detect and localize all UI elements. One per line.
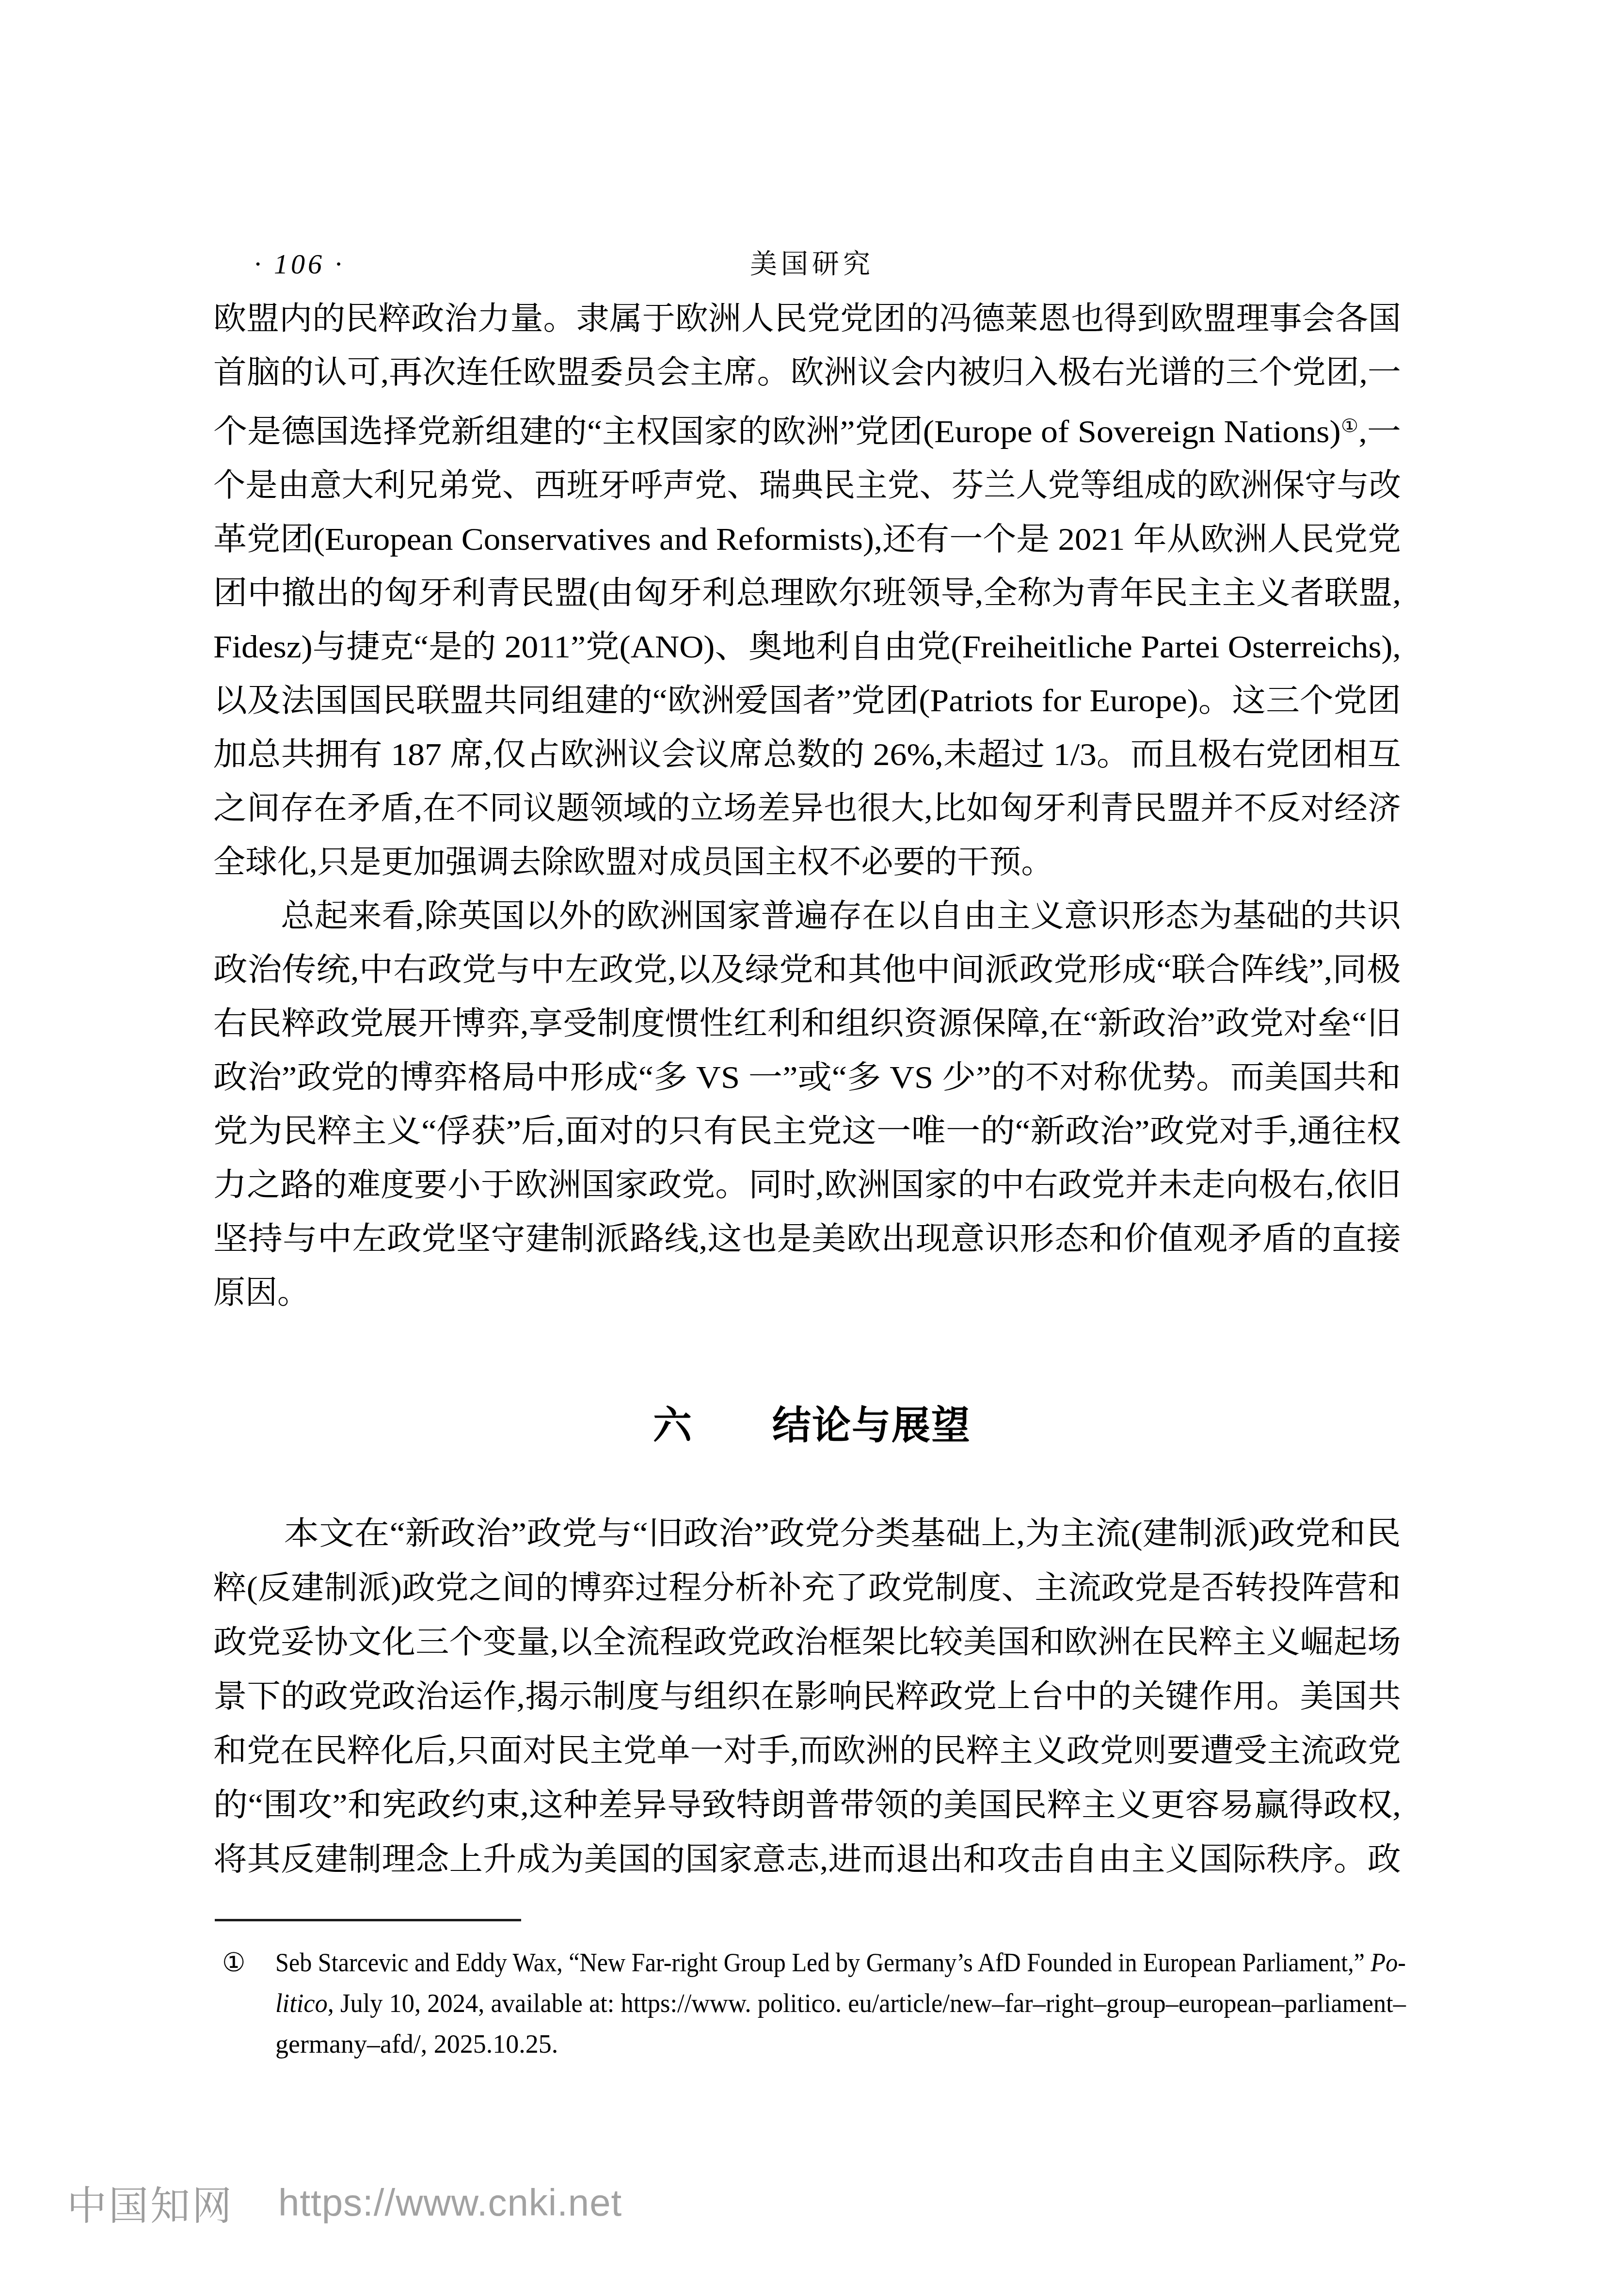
body-line: 个是德国选择党新组建的“主权国家的欧洲”党团(Europe of Soverei… <box>213 399 1401 459</box>
body-line: 景下的政党政治运作,揭示制度与组织在影响民粹政党上台中的关键作用。美国共 <box>213 1670 1401 1724</box>
running-head: · 106 · 美国研究 <box>0 242 1624 286</box>
body-line: Fidesz)与捷克“是的 2011”党(ANO)、奥地利自由党(Freihei… <box>213 620 1401 674</box>
cnki-url: https://www.cnki.net <box>278 2181 622 2225</box>
footnote-line: germany–afd/, 2025.10.25. <box>213 2024 1406 2064</box>
body-line: 党为民粹主义“俘获”后,面对的只有民主党这一唯一的“新政治”政党对手,通往权 <box>213 1104 1401 1158</box>
journal-title: 美国研究 <box>0 242 1624 286</box>
footnote-marker: ① <box>222 1942 245 1983</box>
body-line: 政党妥协文化三个变量,以全流程政党政治框架比较美国和欧洲在民粹主义崛起场 <box>213 1615 1401 1670</box>
body-text-before-heading: 欧盟内的民粹政治力量。隶属于欧洲人民党党团的冯德莱恩也得到欧盟理事会各国首脑的认… <box>213 292 1401 1320</box>
body-line: 本文在“新政治”政党与“旧政治”政党分类基础上,为主流(建制派)政党和民 <box>213 1507 1401 1561</box>
body-line: 之间存在矛盾,在不同议题领域的立场差异也很大,比如匈牙利青民盟并不反对经济 <box>213 782 1401 835</box>
section-heading: 六 结论与展望 <box>0 1399 1624 1452</box>
body-text-after-heading: 本文在“新政治”政党与“旧政治”政党分类基础上,为主流(建制派)政党和民粹(反建… <box>213 1507 1401 1887</box>
cnki-logo-text: 中国知网 <box>67 2174 234 2231</box>
body-line: 总起来看,除英国以外的欧洲国家普遍存在以自由主义意识形态为基础的共识 <box>213 889 1401 943</box>
footnote-line: litico, July 10, 2024, available at: htt… <box>213 1983 1406 2024</box>
body-line: 和党在民粹化后,只面对民主党单一对手,而欧洲的民粹主义政党则要遭受主流政党 <box>213 1724 1401 1778</box>
body-line: 政治传统,中右政党与中左政党,以及绿党和其他中间派政党形成“联合阵线”,同极 <box>213 943 1401 997</box>
body-line: 欧盟内的民粹政治力量。隶属于欧洲人民党党团的冯德莱恩也得到欧盟理事会各国 <box>213 292 1401 346</box>
body-line: 首脑的认可,再次连任欧盟委员会主席。欧洲议会内被归入极右光谱的三个党团,一 <box>213 346 1401 399</box>
footnote-text: Seb Starcevic and Eddy Wax, “New Far-rig… <box>275 1948 1371 1977</box>
footnote-line: ①Seb Starcevic and Eddy Wax, “New Far-ri… <box>213 1942 1406 1983</box>
body-line: 团中撤出的匈牙利青民盟(由匈牙利总理欧尔班领导,全称为青年民主主义者联盟, <box>213 566 1401 620</box>
body-line: 个是由意大利兄弟党、西班牙呼声党、瑞典民主党、芬兰人党等组成的欧洲保守与改 <box>213 459 1401 512</box>
footnote-ref-marker: ① <box>1341 416 1358 436</box>
journal-page: · 106 · 美国研究 欧盟内的民粹政治力量。隶属于欧洲人民党党团的冯德莱恩也… <box>0 0 1624 2283</box>
footnote-text: germany–afd/, 2025.10.25. <box>275 2029 558 2059</box>
body-line: 以及法国国民联盟共同组建的“欧洲爱国者”党团(Patriots for Euro… <box>213 674 1401 728</box>
body-line: 坚持与中左政党坚守建制派路线,这也是美欧出现意识形态和价值观矛盾的直接 <box>213 1212 1401 1266</box>
body-line: 力之路的难度要小于欧洲国家政党。同时,欧洲国家的中右政党并未走向极右,依旧 <box>213 1158 1401 1212</box>
footnote-separator-rule <box>215 1919 521 1921</box>
body-line: 加总共拥有 187 席,仅占欧洲议会议席总数的 26%,未超过 1/3。而且极右… <box>213 728 1401 782</box>
footnote: ①Seb Starcevic and Eddy Wax, “New Far-ri… <box>213 1942 1406 2064</box>
footnote-text-italic: Po- <box>1371 1948 1406 1977</box>
body-line: 政治”政党的博弈格局中形成“多 VS 一”或“多 VS 少”的不对称优势。而美国… <box>213 1051 1401 1104</box>
body-line: 革党团(European Conservatives and Reformist… <box>213 512 1401 566</box>
footnote-text-italic: litico <box>275 1989 328 2018</box>
body-line: 粹(反建制派)政党之间的博弈过程分析补充了政党制度、主流政党是否转投阵营和 <box>213 1561 1401 1615</box>
body-line: 的“围攻”和宪政约束,这种差异导致特朗普带领的美国民粹主义更容易赢得政权, <box>213 1778 1401 1833</box>
body-line: 原因。 <box>213 1266 1401 1320</box>
footnote-text: , July 10, 2024, available at: https://w… <box>328 1989 1406 2018</box>
body-line: 右民粹政党展开博弈,享受制度惯性红利和组织资源保障,在“新政治”政党对垒“旧 <box>213 997 1401 1051</box>
body-line: 将其反建制理念上升成为美国的国家意志,进而退出和攻击自由主义国际秩序。政 <box>213 1833 1401 1887</box>
cnki-watermark: 中国知网 https://www.cnki.net <box>67 2171 622 2234</box>
body-line: 全球化,只是更加强调去除欧盟对成员国主权不必要的干预。 <box>213 835 1401 889</box>
